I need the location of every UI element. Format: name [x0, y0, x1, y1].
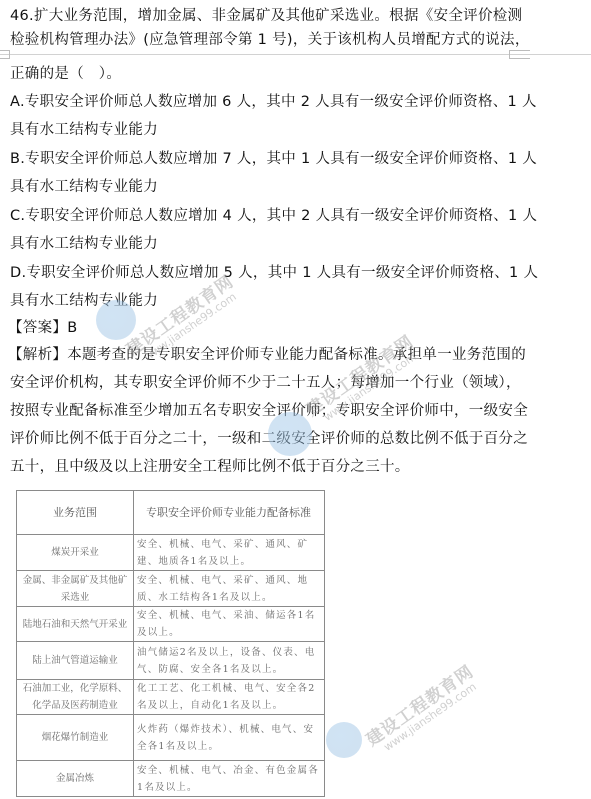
analysis-line-2: 安全评价机构，其专职安全评价师不少于二十五人；每增加一个行业（领域），: [10, 373, 521, 393]
answer-label: 【答案】B: [8, 318, 77, 338]
cell-scope: 石油加工业，化学原料、化学品及医药制造业: [17, 680, 134, 715]
cell-standard: 油气储运2名及以上，设备、仪表、电气、防腐、安全各1名及以上。: [134, 642, 325, 680]
table-row: 陆地石油和天然气开采业 安全、机械、电气、采油、储运各1名及以上。: [17, 607, 325, 642]
question-line-3: 正确的是（ ）。: [10, 64, 121, 84]
option-a-line-2: 具有水工结构专业能力: [10, 120, 158, 140]
option-d-line-1: D.专职安全评价师总人数应增加 5 人，其中 1 人具有一级安全评价师资格、1 …: [10, 263, 538, 283]
analysis-line-5: 五十，且中级及以上注册安全工程师比例不低于百分之三十。: [10, 457, 410, 477]
page-break-line: [0, 54, 591, 55]
table-row: 石油加工业，化学原料、化学品及医药制造业 化工工艺、化工机械、电气、安全各2名及…: [17, 680, 325, 715]
table-row: 煤炭开采业 安全、机械、电气、采矿、通风、矿建、地质各1名及以上。: [17, 535, 325, 571]
cell-standard: 安全、机械、电气、采矿、通风、矿建、地质各1名及以上。: [134, 535, 325, 571]
staffing-standard-table: 业务范围 专职安全评价师专业能力配备标准 煤炭开采业 安全、机械、电气、采矿、通…: [16, 490, 325, 797]
cell-scope: 金属冶炼: [17, 761, 134, 797]
option-b-line-1: B.专职安全评价师总人数应增加 7 人，其中 1 人具有一级安全评价师资格、1 …: [10, 149, 537, 169]
cell-scope: 烟花爆竹制造业: [17, 715, 134, 761]
analysis-line-3: 按照专业配备标准至少增加五名专职安全评价师；专职安全评价师中，一级安全: [10, 401, 528, 421]
table-header-row: 业务范围 专职安全评价师专业能力配备标准: [17, 491, 325, 535]
option-a-line-1: A.专职安全评价师总人数应增加 6 人，其中 2 人具有一级安全评价师资格、1 …: [10, 92, 537, 112]
table-row: 烟花爆竹制造业 火炸药（爆炸技术）、机械、电气、安全各1名及以上。: [17, 715, 325, 761]
option-c-line-1: C.专职安全评价师总人数应增加 4 人，其中 2 人具有一级安全评价师资格、1 …: [10, 206, 537, 226]
cell-standard: 安全、机械、电气、采矿、通风、地质、水工结构各1名及以上。: [134, 571, 325, 607]
cell-standard: 安全、机械、电气、采油、储运各1名及以上。: [134, 607, 325, 642]
cell-scope: 煤炭开采业: [17, 535, 134, 571]
analysis-line-1: 【解析】本题考查的是专职安全评价师专业能力配备标准。承担单一业务范围的: [8, 345, 526, 365]
header-staffing-standard: 专职安全评价师专业能力配备标准: [134, 491, 325, 535]
option-d-line-2: 具有水工结构专业能力: [10, 291, 158, 311]
watermark-logo-icon: [326, 722, 362, 758]
cell-scope: 陆上油气管道运输业: [17, 642, 134, 680]
page-corner-mark-right: [509, 50, 530, 59]
watermark: 建设工程教育网 www.jianshe99.com: [360, 658, 484, 760]
cell-scope: 金属、非金属矿及其他矿采选业: [17, 571, 134, 607]
question-line-1: 46.扩大业务范围，增加金属、非金属矿及其他矿采选业。根据《安全评价检测: [10, 6, 522, 26]
table-row: 金属、非金属矿及其他矿采选业 安全、机械、电气、采矿、通风、地质、水工结构各1名…: [17, 571, 325, 607]
option-b-line-2: 具有水工结构专业能力: [10, 177, 158, 197]
cell-standard: 火炸药（爆炸技术）、机械、电气、安全各1名及以上。: [134, 715, 325, 761]
table-row: 陆上油气管道运输业 油气储运2名及以上，设备、仪表、电气、防腐、安全各1名及以上…: [17, 642, 325, 680]
header-business-scope: 业务范围: [17, 491, 134, 535]
table-row: 金属冶炼 安全、机械、电气、冶金、有色金属各1名及以上。: [17, 761, 325, 797]
option-c-line-2: 具有水工结构专业能力: [10, 234, 158, 254]
cell-standard: 安全、机械、电气、冶金、有色金属各1名及以上。: [134, 761, 325, 797]
question-line-2: 检验机构管理办法》(应急管理部令第 1 号)，关于该机构人员增配方式的说法，: [10, 30, 530, 50]
analysis-line-4: 评价师比例不低于百分之二十，一级和二级安全评价师的总数比例不低于百分之: [10, 429, 528, 449]
cell-standard: 化工工艺、化工机械、电气、安全各2名及以上，自动化1名及以上。: [134, 680, 325, 715]
cell-scope: 陆地石油和天然气开采业: [17, 607, 134, 642]
page-corner-mark-left: [0, 50, 10, 59]
